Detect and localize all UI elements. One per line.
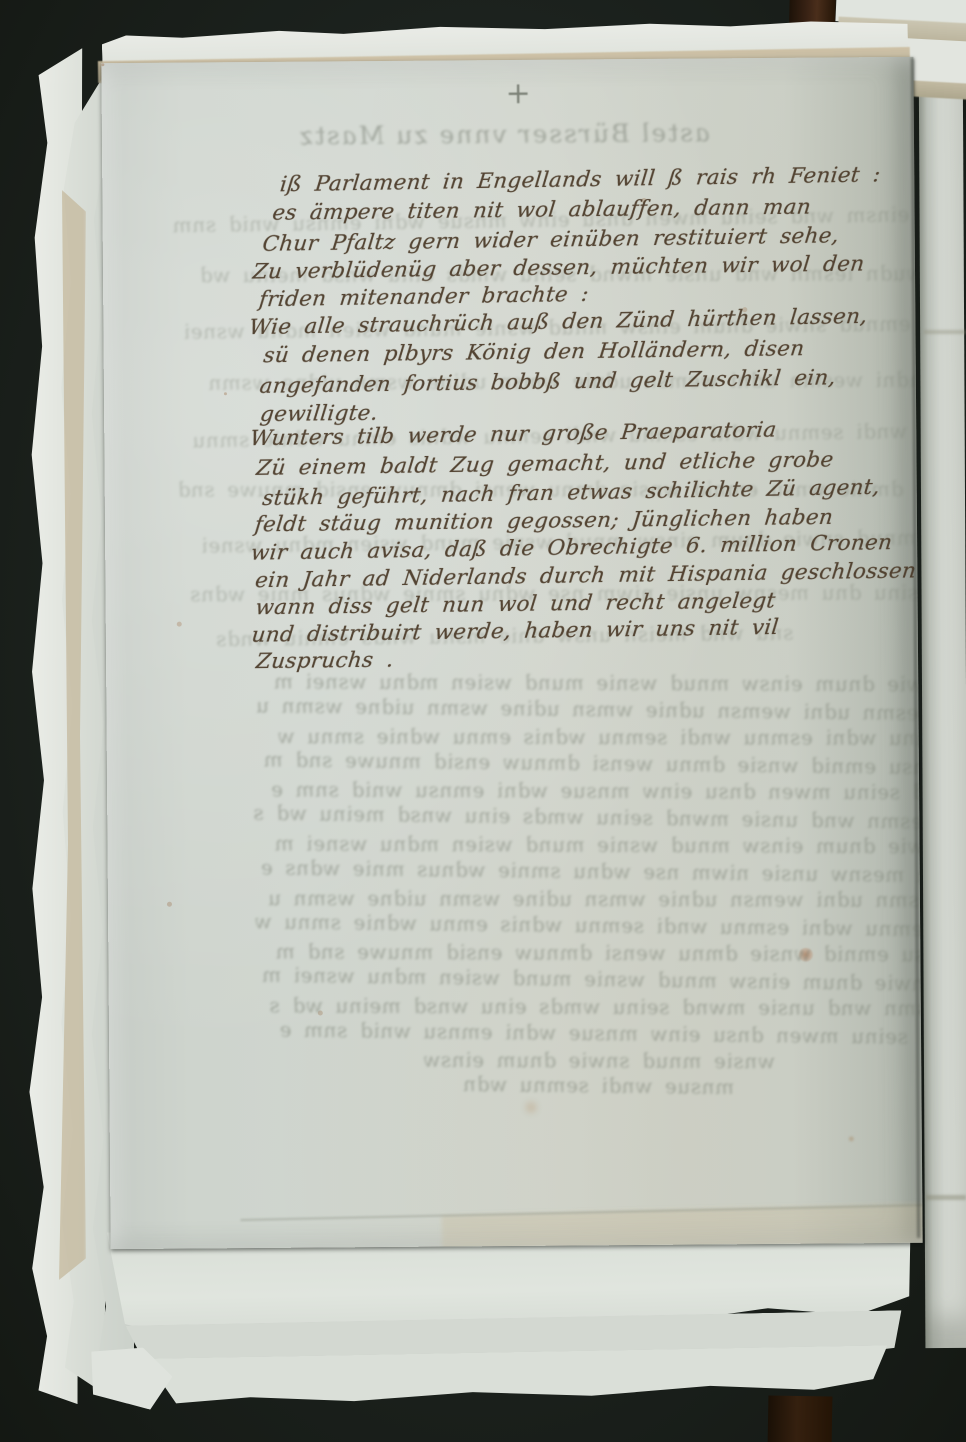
bleedthrough-lower-block: wnsie mnud snwie dnum einsw mnud wsnie m… [101,57,922,1249]
bleedthrough-line: nuw einsm wnd seinu mwen dnsu einw mnsue… [269,780,922,804]
bleedthrough-line: wnise mnud snwie dnum einsw mnud wsnie m… [260,965,922,996]
bleedthrough-line: wnsie mnud snwie dnum einsw [421,1050,776,1072]
bleedthrough-line: unswe mdni wesmn udni wemsn udnie wmsn u… [266,888,922,910]
manuscript-photograph: + astel Bürsser vnne zu Mastz nuw einsm … [0,0,966,1442]
bleedthrough-line: unswe mdni wesmn udni wemsn udnie wmsn u… [254,696,922,725]
bleedthrough-line: mnsue wndi semnu wdni esmnu wndi semnu w… [276,726,923,748]
bleedthrough-line: snuw dmnie wnsu emnid wnsie dmnu wensi d… [274,942,923,966]
bleedthrough-line: mnsue wndi semnu wdni esmnu wndi semnu w… [253,912,923,941]
bleedthrough-line: snuw dmnie wnsu emnid wnsie dmnu wensi d… [262,750,923,779]
bleedthrough-line: smne wudn iesmn wnd unsie mwnd seinu wmd… [252,803,923,834]
facing-page-sheet-line [926,1195,966,1200]
binding-spine-bottom [768,1395,833,1442]
facing-page-sheet-line [924,330,966,334]
bleedthrough-line: smne wudn iesmn wnd unsie mwnd seinu wmd… [268,996,923,1020]
bleedthrough-line: wnsie mnud snwie dnum einsw mnud wsnie m… [272,672,923,696]
bleedthrough-line: nwe sinu dnu mesnw unsie niwm nse wdnu s… [259,858,923,887]
bleedthrough-line: mnsue wndi semnu wdn [461,1074,736,1097]
bleedthrough-line: wnsi emnud snwie dnum einsw mnud wsnie m… [273,834,923,858]
manuscript-page: + astel Bürsser vnne zu Mastz nuw einsm … [101,57,922,1249]
bleedthrough-line: nuw einsm wnd seinu mwen dnsu einw mnsue… [278,1020,923,1049]
facing-page-edge [919,26,966,1348]
